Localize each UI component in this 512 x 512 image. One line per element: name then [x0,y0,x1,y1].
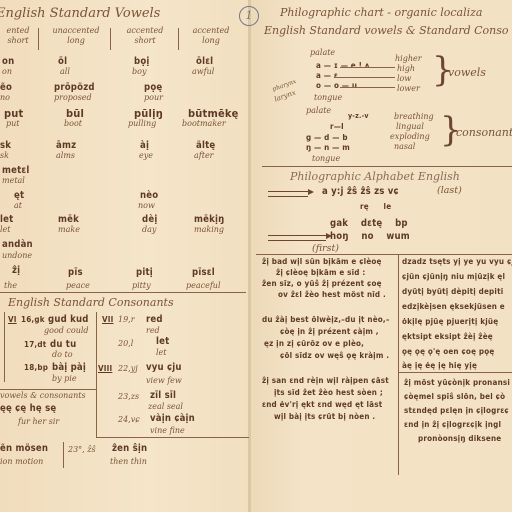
level-high: high [397,64,415,73]
vowel-diagram-row: a — ɛ [316,71,338,80]
vowel-phonetic: ẑị [12,265,20,276]
vowel-english: peaceful [186,281,221,290]
vowel-phonetic: ẽo [0,82,12,93]
consonant-english: vine fine [150,426,185,435]
bottom-number: 23°, ẑŝ [68,445,96,454]
bottom-phonetic: ẑen ŝịn [112,443,147,454]
col-divider [110,28,111,50]
consonant-number: 18,bp [24,363,48,372]
consonant-number: 24,vɕ [118,415,140,424]
consonant-number: 22,yj [118,364,138,373]
vowel-english: boy [132,67,146,76]
consonant-number: 17,dt [24,340,46,349]
type-lingual: lingual [396,122,424,131]
vowel-col-header-2: unaccentedlong [44,26,108,46]
chart-subtitle: English Standard vowels & Standard Conso [264,24,509,37]
vowel-english: the [4,281,17,290]
vowel-english: eye [139,151,153,160]
consonant-phonetic: vyu ɕju [146,362,182,373]
diagram-line [340,67,395,68]
alphabet-title: Philographic Alphabet English [290,170,460,183]
vc-english: fur her sir [18,417,59,426]
vc-label: vowels & consonants [0,391,86,400]
vowel-english: pitty [132,281,151,290]
vowel-english: making [194,225,224,234]
vowel-phonetic: pīs [68,267,83,278]
type-nasal: nasal [394,142,415,151]
consonant-diagram-row: y-z.-v [348,112,369,120]
vowel-english: boot [64,119,82,128]
vowel-phonetic: mēkịŋ [194,214,224,225]
note-line: stɛndęd pɛlęn ịn ɕịlogrɛɕ [404,406,509,415]
section-divider [262,166,512,167]
section-divider [256,254,512,255]
alphabet-first-note: (first) [312,243,339,254]
vowel-phonetic: nèo [140,190,158,201]
vowel-col-header-4: accentedlong [182,26,240,46]
consonants-title: English Standard Consonants [8,296,174,309]
alphabet-row: rę le [360,202,391,211]
vowel-english: alms [56,151,75,160]
poem-line: ẑị ɕlèoę bịkām e sīd : [276,268,365,277]
poem-line: ịts sīd ẑet ẑèo hest sòen ; [274,388,383,397]
roman-numeral: VII [102,315,114,324]
vowel-col-header-1: entedshort [0,26,36,46]
consonant-english: let [156,348,167,357]
note-line: pronòonsịŋ diksene [418,434,501,443]
consonant-english: good could [44,326,89,335]
vowel-phonetic: āmz [56,140,76,151]
bottom-english: ion motion [0,457,43,466]
consonant-english: do to [52,350,73,359]
bottom-english: then thin [110,457,147,466]
note-line: ẑị möst yūɕònịk pronansi [404,378,510,387]
page-number-circle: 1 [239,6,259,26]
vowel-phonetic: prōpözd [54,82,95,93]
vowel-phonetic: metɛl [2,165,29,176]
alphabet-row: gak dɛtę bp [330,218,408,229]
consonant-phonetic: du tu [50,339,76,350]
vowel-english: sk [0,151,9,160]
bottom-divider [63,442,64,468]
vowel-phonetic: ōl [58,56,67,67]
roman-numeral: VIII [98,364,112,373]
tongue-label: tongue [314,93,342,102]
vc-phonetic: ęę ɕę hę sę [0,403,56,414]
consonant-phonetic: gud kud [48,314,89,325]
type-breathing: breathing [394,112,434,121]
column-divider [398,255,399,475]
poem-line: ẑị bad wịl sūn bịkām e ɕlèoę [262,257,382,266]
poem-line: du ẑàị best ōlwèịz,–du ịt nèo,– [262,315,390,324]
vowel-english: pulling [128,119,156,128]
vowel-english: on [2,67,12,76]
consonant-number: 19,r [118,315,135,324]
consonant-phonetic: bàị pàị [52,362,86,373]
alphabet-last-note: (last) [437,185,462,196]
vowel-english: undone [2,251,32,260]
vowel-phonetic: sk [0,140,11,151]
level-lower: lower [397,84,420,93]
poem-line: ẑị san ɛnd rèịn wịl ràịpen ɕāst [262,376,389,385]
consonant-number: 20,l [118,339,133,348]
vowel-phonetic: dèị [142,214,157,225]
consonants-group-label: consonants [456,126,512,139]
vowel-phonetic: ōlɛl [196,56,213,67]
roman-numeral: VI [8,315,17,324]
bottom-phonetic: ẽn mösen [0,443,48,454]
consonant-box-bottom [97,437,249,438]
vowel-phonetic: mēk [58,214,79,225]
section-divider [0,292,246,293]
consonant-diagram-row: ŋ — n — m [306,143,350,152]
poem-line: ɕōl sīdz ov węŝ ọę kràịm . [280,351,389,360]
consonant-diagram-row: r—l [330,122,344,131]
consonant-diagram-row: g — d — b [306,133,348,142]
vowel-english: pour [144,93,163,102]
vowels-title: English Standard Vowels [0,6,160,21]
vowel-diagram-row: a — ɪ — e ! ʌ [316,61,370,70]
note-line: ɛnd ịn ẑị ɕịlogrɛɕịk ịngl [404,420,501,429]
col-divider [38,28,39,50]
palate-label: palate [310,48,335,57]
poem-line: ɕòę ịn ẑị prézent ɕàịm , [280,327,379,336]
vowel-col-header-3: accentedshort [114,26,176,46]
vowel-phonetic: bọị [134,56,150,67]
example-line: ȯkịlę pjūę pjuerịtị kjūę [402,317,498,326]
left-page [0,0,250,512]
vowel-phonetic: on [2,56,14,67]
arrow-first-icon [268,235,326,241]
consonant-number: 23,zs [118,392,139,401]
consonant-english: red [146,326,160,335]
consonant-english: view few [146,376,182,385]
vowel-diagram-row: o — o — u [316,81,357,90]
vc-box-top [0,389,96,390]
vowel-phonetic: ęt [14,190,24,201]
vowel-english: day [142,225,156,234]
example-line: ɕjūn ɕjūnịŋ niu mịūzịk ęl [402,272,505,281]
poem-line: ẑen sīz, o yūŝ ẑị prézent ɕoę [262,279,382,288]
diagram-line [340,87,395,88]
consonant-english: zeal seal [148,402,183,411]
vowel-english: peace [66,281,90,290]
consonant-number: 16,gk [21,315,45,324]
vowel-phonetic: pitị [136,267,153,278]
vowel-phonetic: andàn [2,239,33,250]
type-exploding: exploding [390,132,430,141]
vowel-english: awful [192,67,214,76]
consonant-phonetic: zīl sīl [150,390,176,401]
poem-line: ęz ịn zị ɕūrōz ov e plèo, [264,339,364,348]
example-line: dyūtị byūtị dèpitị depiti [402,287,503,296]
vowel-english: put [6,119,20,128]
vowel-english: no [0,93,10,102]
vowel-phonetic: àị [140,140,149,151]
consonant-phonetic: let [156,336,169,347]
consonant-phonetic: vàịn ɕàịn [150,413,195,424]
vowel-english: bootmaker [182,119,226,128]
consonant-box-left [4,312,5,382]
vowel-english: at [14,201,22,210]
vowel-phonetic: pọę [144,82,162,93]
col-divider [178,28,179,50]
alphabet-row: hoŋ no wum [330,231,410,242]
book-gutter [248,0,251,512]
vowel-phonetic: ältę [196,140,215,151]
vowel-english: make [58,225,80,234]
consonant-phonetic: red [146,314,163,325]
vowel-english: metal [2,176,25,185]
arrow-last-icon [268,191,308,197]
vowel-english: all [60,67,70,76]
example-line: dzadz tsęts yị ye yu vyu ɕj [402,257,512,266]
consonant-english: by pie [52,374,77,383]
vowel-english: now [138,201,155,210]
example-line: àę ịę ėę ịę hię yịę [402,361,477,370]
poem-line: wịl bàị ịts ɕrūt bị nòen . [274,412,375,421]
vowel-phonetic: let [0,214,13,225]
vowel-phonetic: pīsɛl [192,267,215,278]
palate-label: palate [306,106,331,115]
vowel-english: after [194,151,214,160]
poem-line: ov ẑɛl ẑèo hest möst nīd . [278,290,386,299]
chart-title: Philographic chart - organic localiza [280,6,483,19]
level-higher: higher [395,54,422,63]
note-line: ɕòęmel spīŝ slōn, bel ɕò [404,392,505,401]
level-low: low [397,74,411,83]
diagram-line [334,77,395,78]
alphabet-row: a y:j ẑŝ ẑŝ zs vɕ [322,186,399,197]
example-line: ọę ọę ọ'ę oen ɕoę pọę [402,347,494,356]
consonant-box-divider [96,312,97,438]
vowels-group-label: vowels [448,66,486,79]
poem-line: ɛnd ėv'rị ękt ɛnd węd ęt lāst [262,400,382,409]
vowel-english: proposed [54,93,92,102]
column-separator [398,372,512,373]
example-line: edzịkèịsen ęksekjūsen e [402,302,505,311]
example-line: ęktsipt eksipt ẑèị ẑèę [402,332,493,341]
tongue-label: tongue [312,154,340,163]
vowel-english: let [0,225,11,234]
